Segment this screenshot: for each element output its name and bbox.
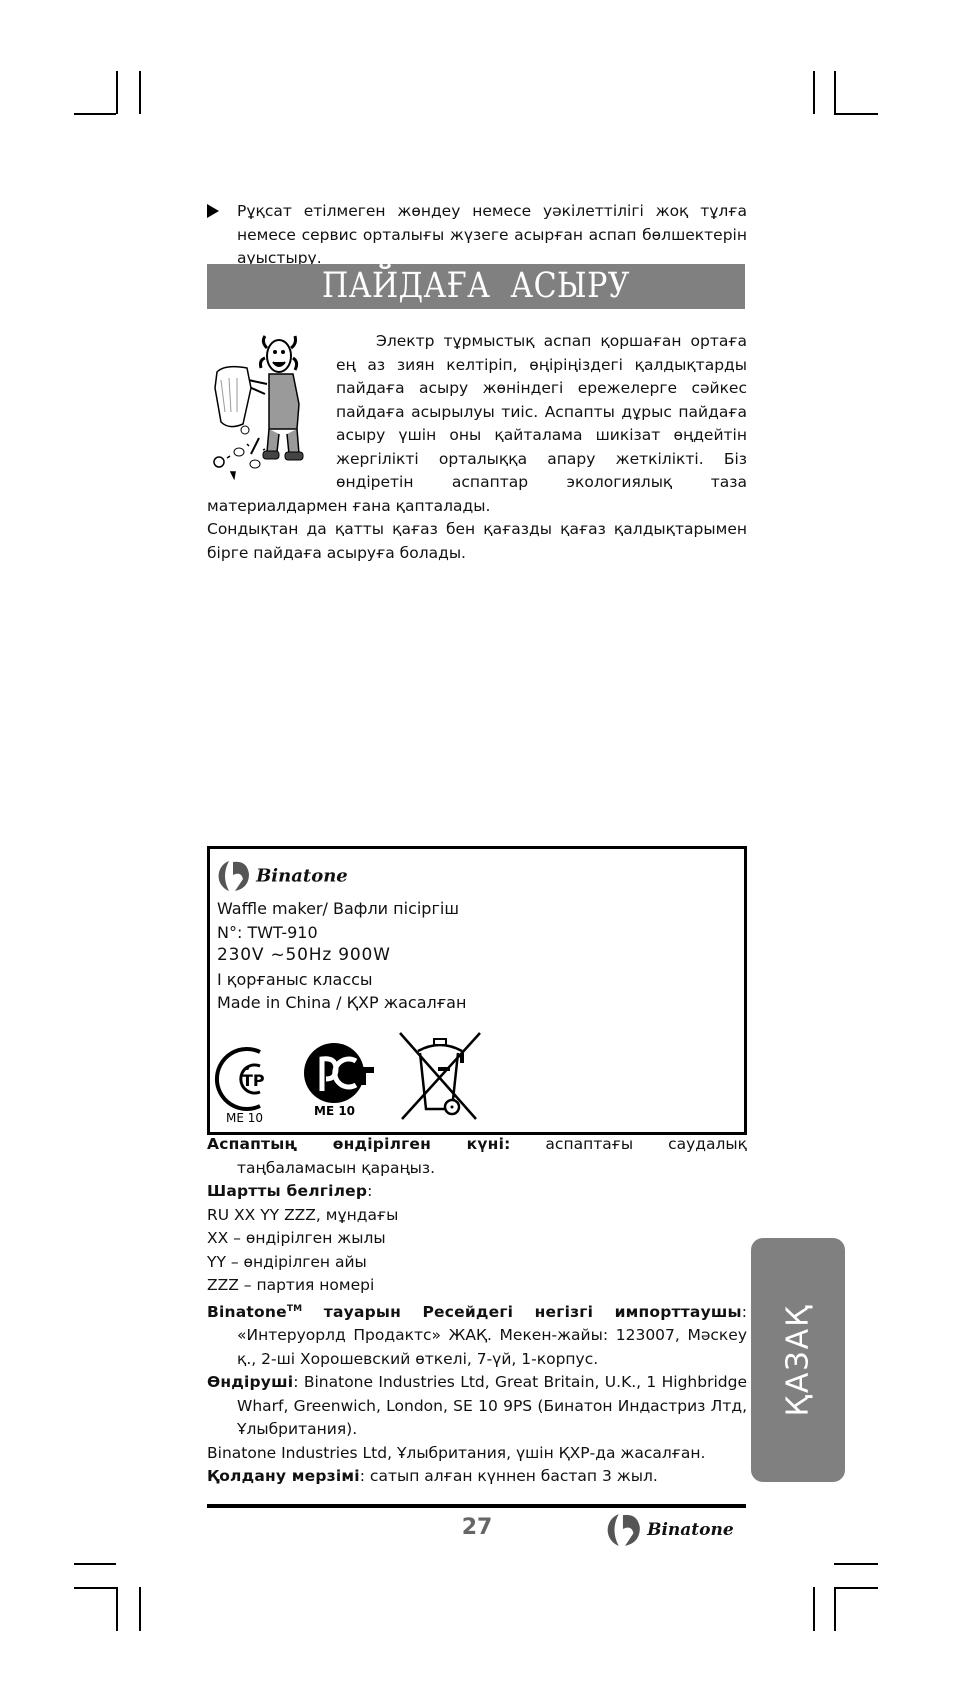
bullet-text: Рұқсат етілмеген жөндеу немесе уәкілетті… — [237, 200, 747, 271]
recycling-paragraph-2: Сондықтан да қатты қағаз бен қағазды қағ… — [207, 518, 747, 565]
crop-mark — [813, 71, 815, 114]
power-rating: 230V ~50Hz 900W — [217, 944, 466, 968]
footer-rule — [207, 1504, 746, 1508]
production-date-note: Аспаптың өндірілген күні: аспаптағы сауд… — [207, 1133, 747, 1180]
made-for-note: Binatone Industries Ltd, Ұлыбритания, үш… — [207, 1442, 747, 1466]
crop-mark — [834, 71, 836, 114]
section-title: ПАЙДАҒА АСЫРУ — [322, 264, 630, 309]
page-number: 27 — [455, 1515, 499, 1540]
crop-mark — [139, 1587, 141, 1631]
section-banner: ПАЙДАҒА АСЫРУ — [207, 264, 745, 309]
binatone-logo: Binatone — [217, 859, 348, 893]
symbols-line: YY – өндірілген айы — [207, 1251, 747, 1275]
man-emptying-trash-bag-illustration — [207, 334, 322, 489]
crop-mark — [834, 113, 878, 115]
symbols-line: ZZZ – партия номері — [207, 1274, 747, 1298]
binatone-logo-icon — [217, 859, 251, 893]
footer-binatone-logo: Binatone — [606, 1512, 734, 1548]
brand-name: Binatone — [256, 866, 348, 887]
triangle-bullet-icon — [207, 204, 219, 218]
symbols-heading: Шартты белгілер: — [207, 1180, 747, 1204]
eac-ctr-certification-icon: ТР ME 10 — [212, 1044, 284, 1124]
crop-mark — [74, 1563, 116, 1565]
certification-marks: ТР ME 10 ME 10 — [210, 1039, 510, 1129]
crop-mark — [116, 1587, 118, 1631]
label-lines: Waffle maker/ Вафли пісіргіш N°: TWT-910… — [217, 897, 466, 1015]
crop-mark — [116, 71, 118, 114]
crop-mark — [834, 1587, 836, 1631]
svg-text:ME 10: ME 10 — [226, 1111, 263, 1124]
symbols-line: RU XX YY ZZZ, мұндағы — [207, 1204, 747, 1228]
importer-note: BinatoneTM тауарын Ресейдегі негізгі имп… — [207, 1298, 747, 1372]
svg-text:ME 10: ME 10 — [314, 1104, 355, 1118]
protection-class: I қорғаныс классы — [217, 968, 466, 992]
crop-mark — [139, 71, 141, 114]
rating-label: Binatone Waffle maker/ Вафли пісіргіш N°… — [207, 846, 747, 1135]
recycling-section: Электр тұрмыстық аспап қоршаған ортаға е… — [207, 330, 747, 565]
svg-text:ТР: ТР — [242, 1071, 265, 1090]
production-date-label: Аспаптың өндірілген күні: — [207, 1135, 511, 1153]
language-tab-label: ҚАЗАҚ — [781, 1304, 816, 1417]
crop-mark — [834, 1587, 878, 1589]
symbols-line: XX – өндірілген жылы — [207, 1227, 747, 1251]
warning-bullet: Рұқсат етілмеген жөндеу немесе уәкілетті… — [207, 200, 747, 271]
crop-mark — [74, 113, 116, 115]
crop-mark — [834, 1563, 878, 1565]
product-notes: Аспаптың өндірілген күні: аспаптағы сауд… — [207, 1133, 747, 1489]
language-tab: ҚАЗАҚ — [751, 1238, 845, 1482]
binatone-logo-icon — [606, 1512, 642, 1548]
pct-gost-certification-icon: ME 10 — [300, 1039, 376, 1119]
manufacturer-note: Өндіруші: Binatone Industries Ltd, Great… — [207, 1371, 747, 1442]
model-number: N°: TWT-910 — [217, 921, 466, 945]
product-name: Waffle maker/ Вафли пісіргіш — [217, 897, 466, 921]
country-of-origin: Made in China / ҚХР жасалған — [217, 991, 466, 1015]
crop-mark — [74, 1587, 116, 1589]
crossed-out-wheelie-bin-icon — [396, 1029, 484, 1124]
service-life-note: Қолдану мерзімі: сатып алған күннен баст… — [207, 1465, 747, 1489]
crop-mark — [813, 1587, 815, 1631]
footer-brand-name: Binatone — [647, 1520, 734, 1540]
